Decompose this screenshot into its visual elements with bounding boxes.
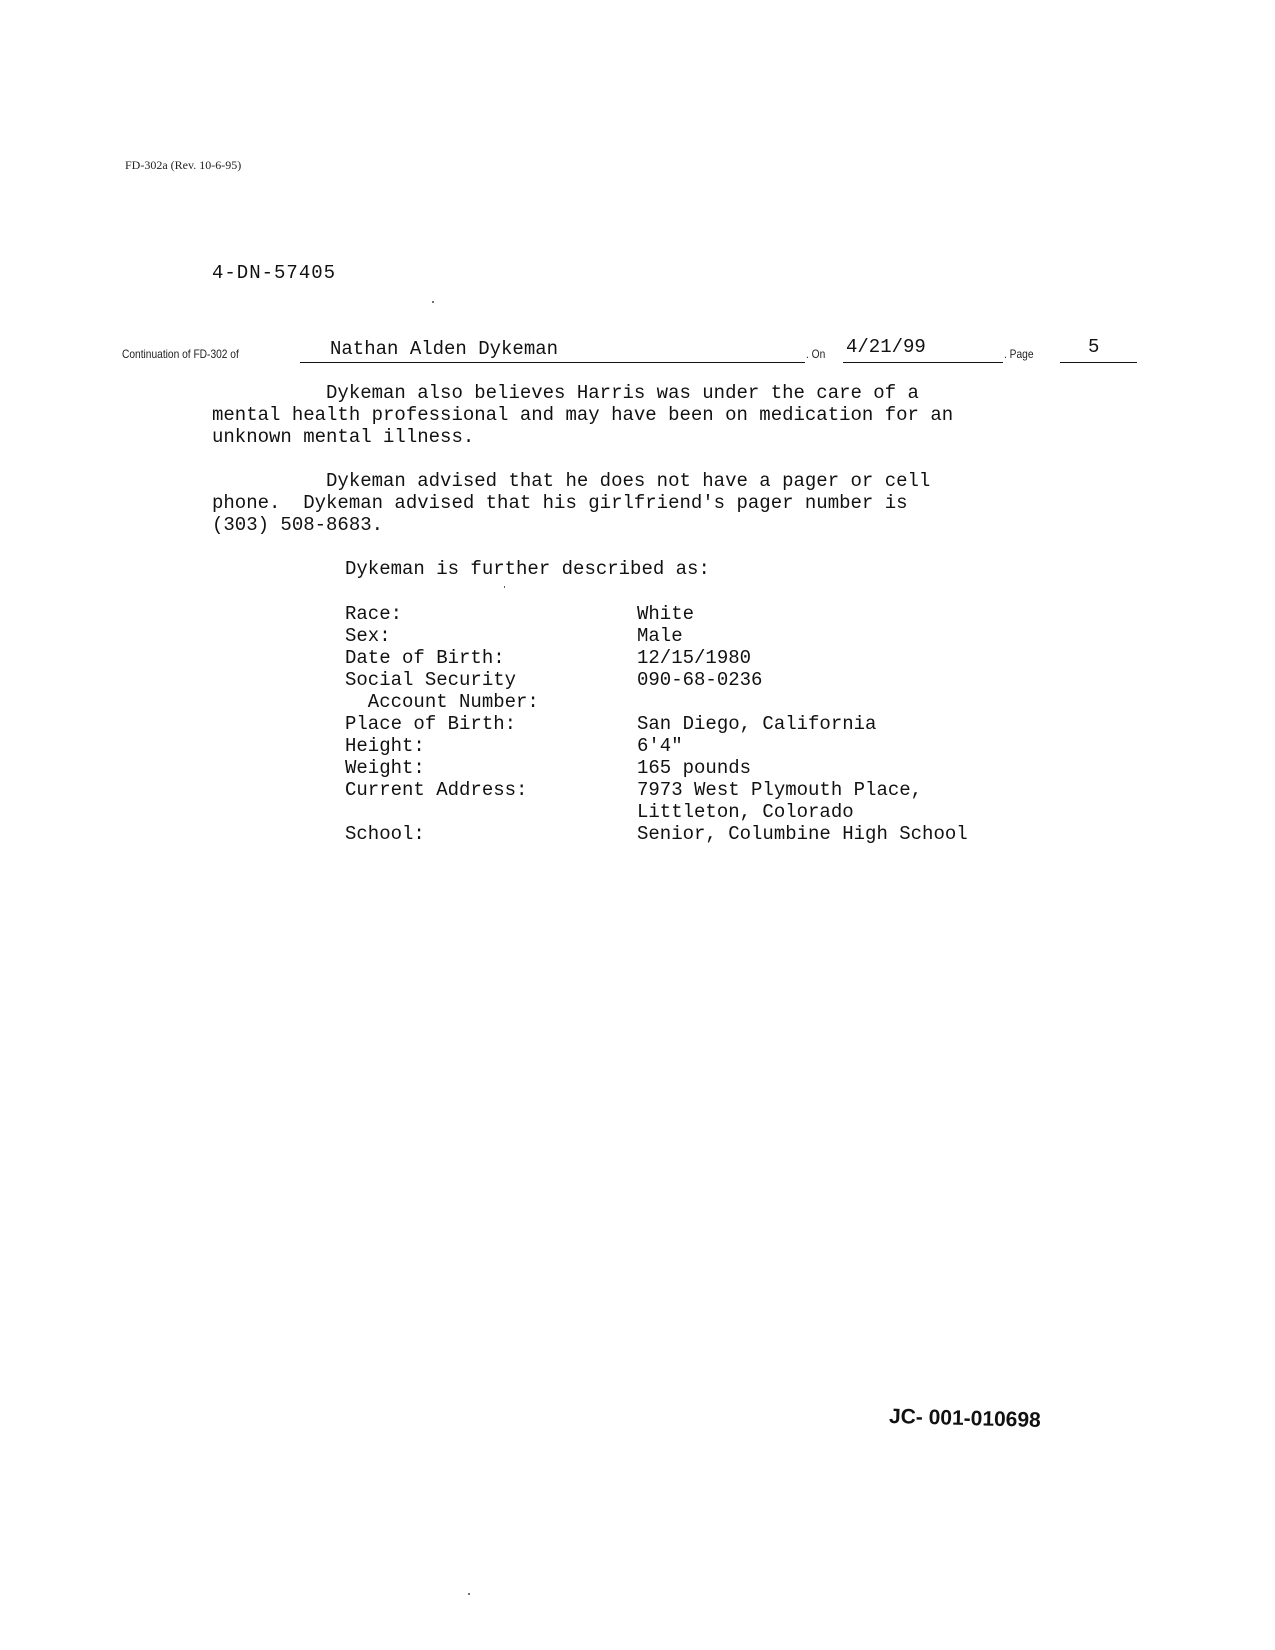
- field-label-ssn: Social Security: [345, 669, 516, 691]
- paragraph-line: Dykeman also believes Harris was under t…: [212, 382, 953, 404]
- field-label-dob: Date of Birth:: [345, 647, 505, 669]
- field-value-sex: Male: [637, 625, 683, 647]
- paragraph-line: unknown mental illness.: [212, 426, 953, 448]
- subject-name: Nathan Alden Dykeman: [330, 338, 558, 360]
- field-value-school: Senior, Columbine High School: [637, 823, 968, 845]
- field-value-race: White: [637, 603, 694, 625]
- file-number: 4-DN-57405: [212, 262, 336, 284]
- page-number: 5: [1088, 336, 1099, 358]
- paragraph-line: phone. Dykeman advised that his girlfrie…: [212, 492, 930, 514]
- field-label-weight: Weight:: [345, 757, 425, 779]
- subject-underline: [300, 362, 805, 363]
- page-label: . Page: [1004, 347, 1033, 361]
- field-value-weight: 165 pounds: [637, 757, 751, 779]
- scan-speck: [468, 1593, 470, 1595]
- page-underline: [1060, 362, 1137, 363]
- paragraph-line: mental health professional and may have …: [212, 404, 953, 426]
- interview-date: 4/21/99: [846, 336, 926, 358]
- paragraph-line: Dykeman advised that he does not have a …: [212, 470, 930, 492]
- field-value-address-cont: Littleton, Colorado: [637, 801, 854, 823]
- field-label-school: School:: [345, 823, 425, 845]
- bates-stamp: JC- 001-010698: [889, 1405, 1041, 1433]
- field-label-address: Current Address:: [345, 779, 527, 801]
- field-value-dob: 12/15/1980: [637, 647, 751, 669]
- paragraph-mental-health: Dykeman also believes Harris was under t…: [212, 382, 953, 448]
- field-label-height: Height:: [345, 735, 425, 757]
- paragraph-pager: Dykeman advised that he does not have a …: [212, 470, 930, 536]
- field-label-sex: Sex:: [345, 625, 391, 647]
- field-label-pob: Place of Birth:: [345, 713, 516, 735]
- date-label: . On: [806, 347, 825, 361]
- scan-speck: [504, 586, 505, 588]
- date-underline: [843, 362, 1003, 363]
- description-intro: Dykeman is further described as:: [345, 558, 710, 580]
- field-label-race: Race:: [345, 603, 402, 625]
- scan-speck: [432, 301, 434, 303]
- field-value-height: 6'4": [637, 735, 683, 757]
- continuation-label: Continuation of FD-302 of: [122, 347, 239, 361]
- form-identifier: FD-302a (Rev. 10-6-95): [125, 158, 241, 173]
- field-value-ssn: 090-68-0236: [637, 669, 762, 691]
- field-label-ssn-cont: Account Number:: [345, 691, 539, 713]
- field-value-address: 7973 West Plymouth Place,: [637, 779, 922, 801]
- field-value-pob: San Diego, California: [637, 713, 876, 735]
- paragraph-line: (303) 508-8683.: [212, 514, 930, 536]
